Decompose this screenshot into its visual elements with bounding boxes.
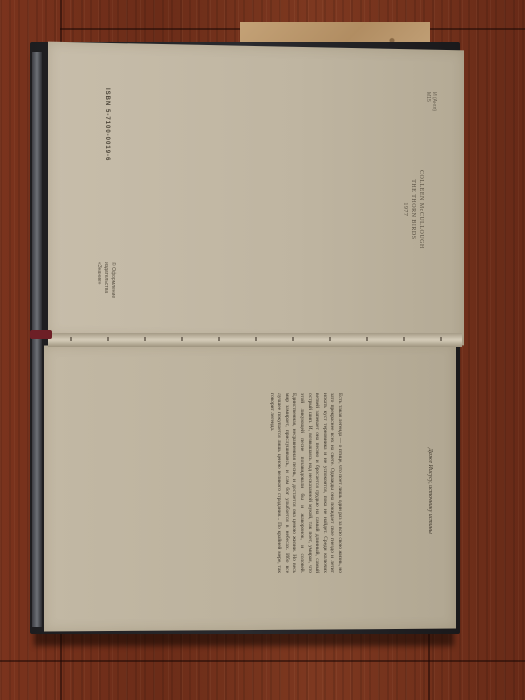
book-spine-edge	[32, 52, 42, 627]
bottom-page	[44, 343, 456, 632]
original-title-block: COLLEEN McCULLOUGH THE THORN BIRDS 1977	[401, 170, 425, 249]
floor-plank-seam	[0, 660, 525, 662]
ribbon-bookmark	[30, 330, 52, 339]
catalog-line: И (Англ)	[431, 92, 437, 111]
isbn-text: ISBN 5-7100-0019-6	[104, 88, 110, 161]
copyright-block: © Оформление издательства «Знание»	[95, 262, 116, 298]
copyright-line: «Знание»	[95, 262, 102, 298]
catalog-code: И (Англ) М15	[425, 92, 437, 111]
book-title: THE THORN BIRDS	[409, 170, 417, 249]
copyright-line: издательства	[102, 262, 109, 298]
epigraph-text: Есть такая легенда — о птице, что поет л…	[267, 393, 343, 573]
author-name: COLLEEN McCULLOUGH	[417, 170, 425, 249]
copyright-line: © Оформление	[109, 262, 116, 298]
gutter-specks	[70, 337, 450, 341]
publication-year: 1977	[401, 170, 409, 249]
epigraph-attribution: Даже Иисусу, источнику истины	[427, 448, 433, 534]
